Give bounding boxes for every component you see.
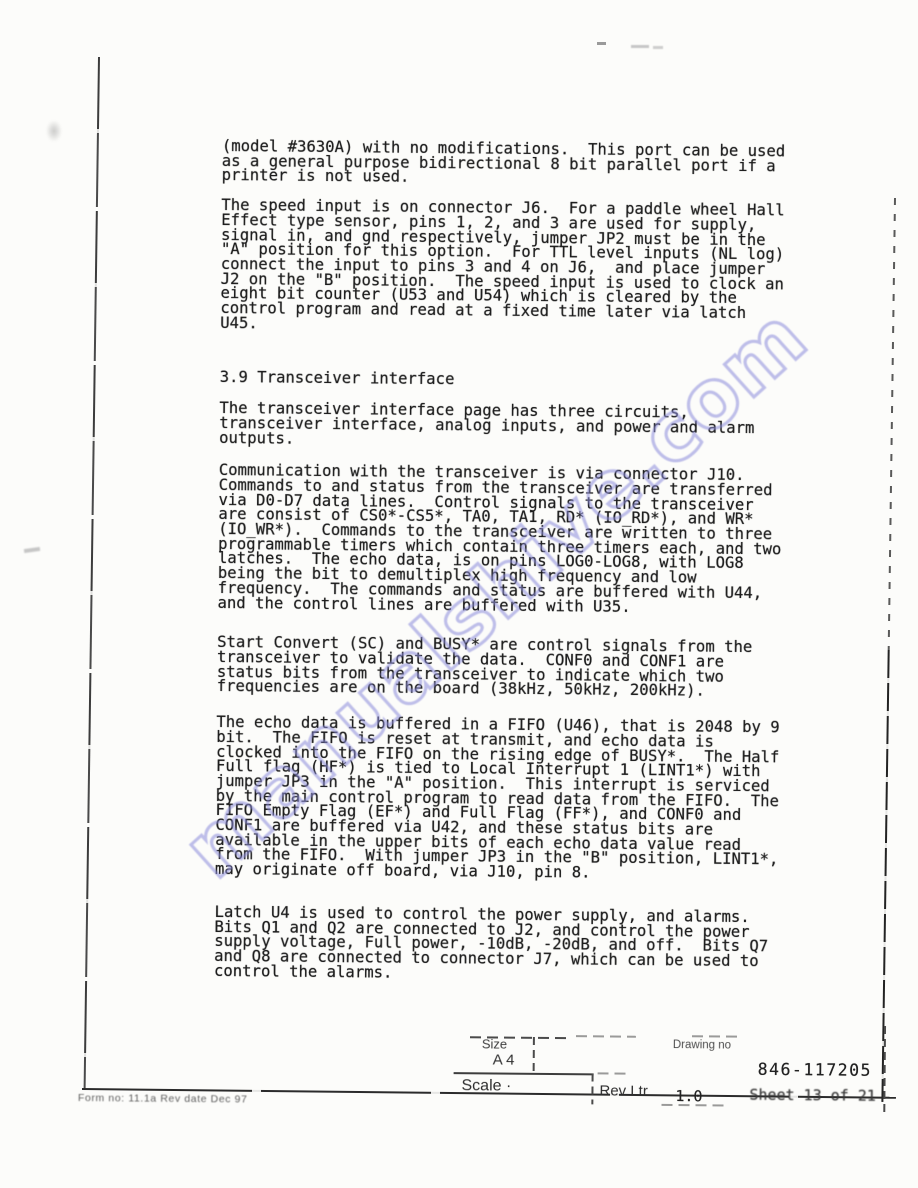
- paragraph: The transceiver interface page has three…: [219, 401, 819, 451]
- rev-value: 1.0: [675, 1087, 702, 1105]
- paragraph: Start Convert (SC) and BUSY* are control…: [217, 635, 818, 700]
- scan-mark: [24, 547, 40, 553]
- scan-smudge: [46, 120, 62, 142]
- sheet-number: Sheet 13 of 21: [749, 1086, 876, 1105]
- titleblock-line: [661, 1104, 725, 1106]
- scan-mark: [653, 46, 663, 49]
- right-margin-line-top: [887, 198, 895, 650]
- titleblock-line: [591, 1073, 593, 1104]
- drawing-no-label: Drawing no: [673, 1039, 731, 1052]
- titleblock-line: [533, 1037, 535, 1072]
- titleblock-line: [598, 1072, 626, 1074]
- size-label: Size: [482, 1036, 507, 1051]
- size-value: A 4: [493, 1051, 515, 1068]
- paragraph: The speed input is on connector J6. For …: [220, 198, 821, 336]
- titleblock-line: [576, 1035, 636, 1037]
- titleblock-line: [883, 1026, 885, 1116]
- scanned-document-page: (model #3630A) with no modifications. Th…: [0, 0, 918, 1188]
- document-body: (model #3630A) with no modifications. Th…: [214, 139, 822, 984]
- paragraph: Latch U4 is used to control the power su…: [214, 905, 815, 984]
- rev-label: Rev Ltr: [599, 1082, 648, 1099]
- left-margin-line: [84, 57, 100, 1090]
- form-number-note: Form no: 11.1a Rev date Dec 97: [78, 1092, 248, 1105]
- titleblock-line: [692, 1035, 740, 1037]
- section-heading: 3.9 Transceiver interface: [220, 370, 820, 390]
- scan-mark: [597, 42, 606, 45]
- right-margin-line: [881, 198, 895, 1102]
- scan-mark: [631, 45, 649, 48]
- paragraph: (model #3630A) with no modifications. Th…: [222, 139, 822, 189]
- paragraph: The echo data is buffered in a FIFO (U46…: [215, 715, 817, 882]
- titleblock-line: [454, 1072, 594, 1075]
- scale-label: Scale ·: [461, 1077, 511, 1095]
- paragraph: Communication with the transceiver is vi…: [217, 463, 818, 616]
- drawing-no-value: 846-117205: [758, 1060, 873, 1080]
- title-block: Size A 4 Scale · Rev Ltr 1.0 Drawing no …: [439, 1028, 912, 1120]
